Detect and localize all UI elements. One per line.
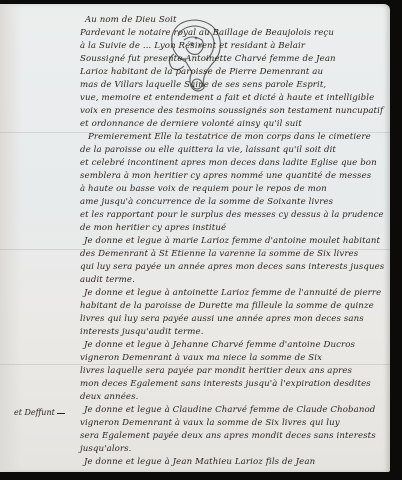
text-line: à haute ou basse voix de requiem pour le… (80, 184, 327, 194)
text-line: qui luy sera payée un année apres mon de… (80, 262, 384, 272)
text-line: vue, memoire et entendement a fait et di… (80, 93, 374, 103)
text-line: vigneron Demenrant à vaux ma niece la so… (80, 353, 322, 363)
text-line: Soussigné fut presente Antoinette Charvé… (80, 54, 336, 64)
text-line: Je donne et legue à marie Larioz femme d… (84, 236, 380, 246)
text-line: interests jusqu'audit terme. (80, 327, 204, 337)
text-line: et les rapportant pour le surplus des me… (80, 210, 384, 220)
text-line: Je donne et legue à Jehanne Charvé femme… (84, 340, 355, 350)
text-line: audit terme. (80, 275, 135, 285)
manuscript-page: et Deffunt Au nom de Dieu Soit Pardevant… (0, 4, 390, 472)
text-line: Larioz habitant de la paroisse de Pierre… (80, 67, 323, 77)
text-line: sera Egalement payée deux ans apres mond… (80, 431, 376, 441)
text-line: et ordonnance de derniere volonté ainsy … (80, 119, 302, 129)
text-line: des Demenrant à St Etienne la varenne la… (80, 249, 358, 259)
text-line: livres qui luy sera payée aussi une anné… (80, 314, 364, 324)
text-line: Pardevant le notaire royal au Baillage d… (80, 28, 334, 38)
text-line: mon deces Egalement sans interests jusqu… (80, 379, 371, 389)
text-line: Au nom de Dieu Soit (85, 15, 177, 25)
text-line: habitant de la paroisse de Durette ma fi… (80, 301, 374, 311)
text-line: Je donne et legue à Claudine Charvé femm… (84, 405, 375, 415)
text-line: deux années. (80, 392, 138, 402)
text-line: livres laquelle sera payée par mondit he… (80, 366, 352, 376)
text-line: semblera à mon heritier cy apres nommé u… (80, 171, 371, 181)
margin-note: et Deffunt (14, 408, 65, 417)
text-line: à la Suivie de ... Lyon Résirent et resi… (80, 41, 305, 51)
text-line: vigneron Demenrant à vaux la somme de Si… (80, 418, 340, 428)
text-line: de mon heritier cy apres institué (80, 223, 226, 233)
text-line: jusqu'alors. (80, 444, 132, 454)
text-line: ame jusqu'à concurrence de la somme de S… (80, 197, 333, 207)
text-line: mas de Villars laquelle Saine de ses sen… (80, 80, 326, 90)
text-line: Je donne et legue à antoinette Larioz fe… (84, 288, 381, 298)
text-line: Premierement Elle la testatrice de mon c… (88, 132, 371, 142)
text-line: et celebré incontinent apres mon deces d… (80, 158, 377, 168)
text-line: voix en presence des tesmoins soussignés… (80, 106, 383, 116)
text-line: de la paroisse ou elle quittera la vie, … (80, 145, 336, 155)
fold-line (0, 364, 390, 365)
text-line: Je donne et legue à Jean Mathieu Larioz … (84, 457, 315, 467)
